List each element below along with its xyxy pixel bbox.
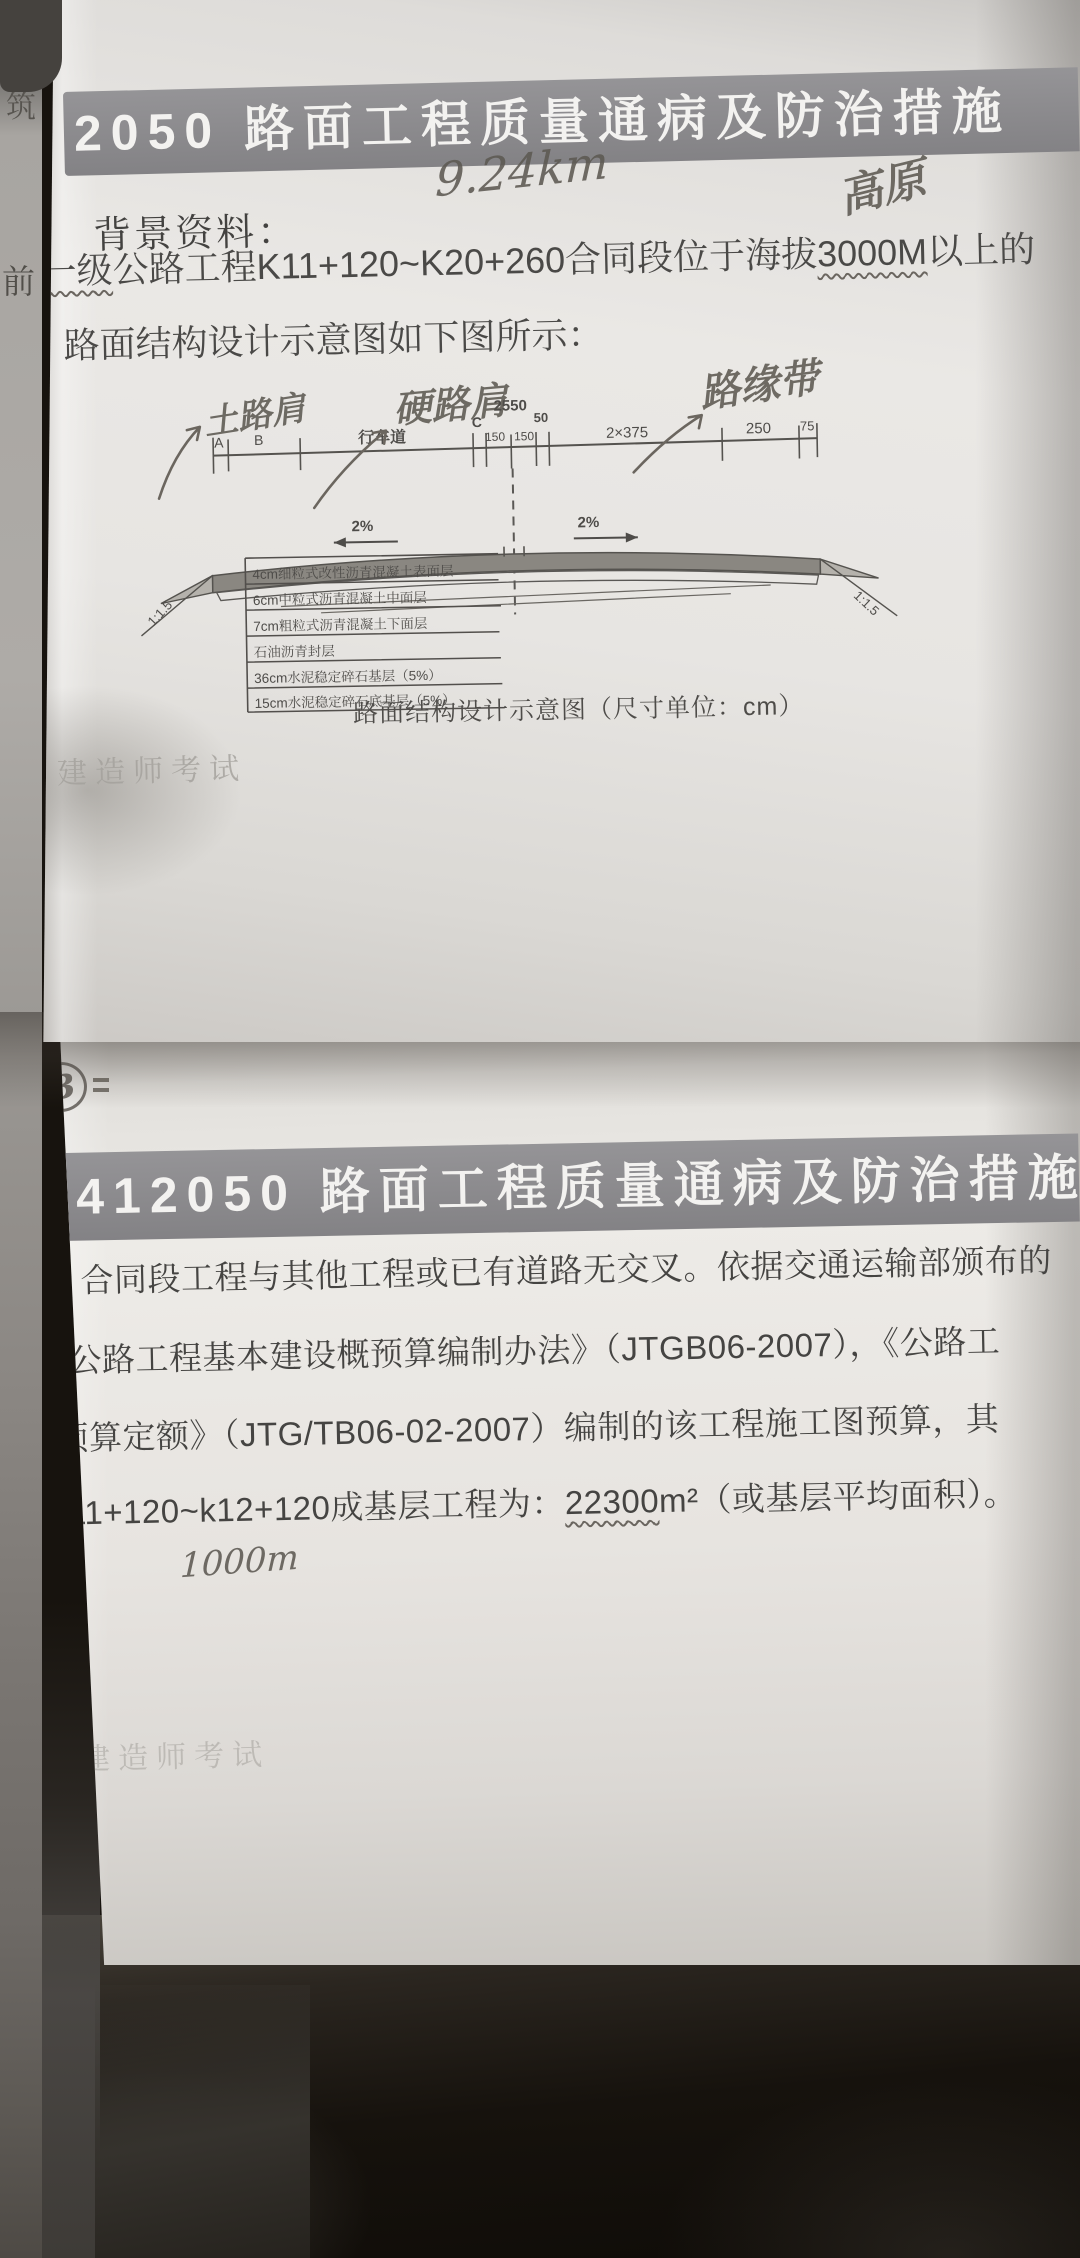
- lower-left-shadow: [42, 1600, 100, 2258]
- dim-label-a: A: [214, 434, 224, 450]
- background-text-line-2: 路面结构设计示意图如下图所示：: [63, 307, 604, 369]
- figure-caption: 路面结构设计示意图（尺寸单位：cm）: [353, 686, 805, 730]
- pavement-cross-section-diagram: A B 行车道 C 150 150 50 2×375 250 75 2550 2…: [127, 369, 953, 728]
- handwritten-1000m-note: 1000m: [179, 1538, 299, 1586]
- slope-label-left: 2%: [351, 518, 373, 535]
- slope-arrowhead-right: [626, 532, 638, 542]
- cut-off-edge-character-2: 前: [2, 256, 35, 303]
- handwritten-arrow-soil-shoulder: [158, 427, 201, 499]
- right-slope-wedge: [820, 558, 878, 579]
- line1-suffix: 以上的: [927, 228, 1036, 271]
- photo-of-textbook-pages: 筑 前 B 412050 路面工程质量通病及防治措施 合同段工程与其他工程或已有…: [0, 0, 1080, 2258]
- upper-book-page: 2050 路面工程质量通病及防治措施 背景资料： 9.24km 高原 一级公路工…: [35, 0, 1080, 1042]
- exam-watermark-lower: 建造师考试: [79, 1730, 270, 1779]
- body-line-2: 公路工程基本建设概预算编制办法》（JTGB06-2007），《公路工: [68, 1315, 1001, 1382]
- dim-label-2x375: 2×375: [606, 424, 648, 442]
- stationing-text: 公路工程K11+120~K20+260合同段位于海拔: [112, 233, 817, 290]
- layer-3-label: 7cm粗粒式沥青混凝土下面层: [253, 615, 428, 634]
- body-line-4: K11+120~k12+120成基层工程为：22300m²（或基层平均面积）。: [45, 1468, 1017, 1535]
- altitude-underlined: 3000M: [817, 231, 928, 274]
- slope-arrowhead-left: [334, 537, 346, 547]
- road-class-underlined: 一级: [40, 249, 113, 292]
- body-line-3: 预算定额》（JTG/TB06-02-2007）编制的该工程施工图预算，其: [55, 1393, 1000, 1460]
- slope-label-right: 2%: [577, 514, 599, 531]
- dim-label-50: 50: [534, 410, 549, 425]
- exam-watermark-upper: 建造师考试: [56, 744, 247, 793]
- area-value-underlined: 22300: [564, 1482, 659, 1521]
- layer-4-label: 石油沥青封层: [254, 643, 336, 660]
- underlying-page-edge: [0, 0, 42, 2258]
- dim-label-75: 75: [800, 418, 815, 433]
- dim-label-150-right: 150: [514, 429, 535, 443]
- dim-label-total-2550: 2550: [493, 397, 527, 415]
- layer-1-label: 4cm细粒式改性沥青混凝土表面层: [252, 563, 454, 583]
- dim-label-150-left: 150: [485, 430, 506, 444]
- side-slope-label-right: 1:1.5: [851, 588, 882, 619]
- line4-prefix: K11+120~k12+120成基层工程为：: [45, 1484, 565, 1532]
- section-header-lower: 412050 路面工程质量通病及防治措施: [61, 1133, 1080, 1241]
- layer-5-label: 36cm水泥稳定碎石基层（5%）: [254, 667, 442, 686]
- photo-dark-corner: [0, 0, 62, 92]
- body-line-1: 合同段工程与其他工程或已有道路无交叉。依据交通运输部颁布的: [80, 1235, 1052, 1302]
- left-slope-wedge: [160, 576, 212, 604]
- bottom-shadow-patch: [95, 1985, 310, 2258]
- dim-label-b: B: [254, 432, 264, 448]
- lower-book-page: B 412050 路面工程质量通病及防治措施 合同段工程与其他工程或已有道路无交…: [25, 1030, 1080, 1965]
- road-centerline: [513, 468, 516, 614]
- layer-2-label: 6cm中粒式沥青混凝土中面层: [253, 589, 428, 608]
- dim-label-c: C: [472, 414, 482, 430]
- line4-suffix: m²（或基层平均面积）。: [659, 1475, 1018, 1519]
- dim-label-250: 250: [746, 420, 771, 437]
